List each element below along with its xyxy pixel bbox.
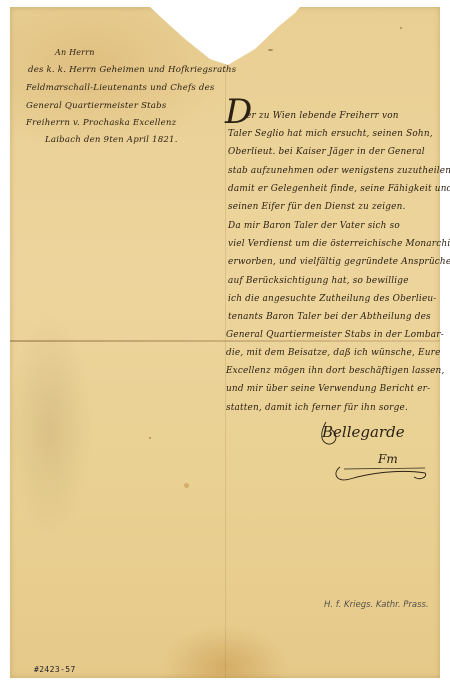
body-line: Da mir Baron Taler der Vater sich so xyxy=(228,217,400,235)
pencil-archival-note: H. f. Kriegs. Kathr. Prass. xyxy=(324,600,429,610)
body-line: Excellenz mögen ihn dort beschäftigen la… xyxy=(226,362,444,380)
ink-spot xyxy=(400,27,402,29)
inventory-number: #2423-57 xyxy=(34,665,76,674)
signature-flourish-icon xyxy=(330,455,430,485)
body-line: stab aufzunehmen oder wenigstens zuzuthe… xyxy=(228,162,450,180)
ink-spot xyxy=(268,49,273,51)
body-line: statten, damit ich ferner für ihn sorge. xyxy=(226,399,408,417)
body-line: Oberlieut. bei Kaiser Jäger in der Gener… xyxy=(228,143,425,161)
address-line: des k. k. Herrn Geheimen und Hofkriegsra… xyxy=(28,62,236,79)
address-line: Feldmarschall-Lieutenants und Chefs des xyxy=(26,80,215,97)
address-line: General Quartiermeister Stabs xyxy=(26,98,166,115)
body-line: auf Berücksichtigung hat, so bewillige xyxy=(228,272,409,290)
body-line: die, mit dem Beisatze, daß ich wünsche, … xyxy=(226,344,441,362)
body-line: ich die angesuchte Zutheilung des Oberli… xyxy=(228,290,437,308)
body-line: tenants Baron Taler bei der Abtheilung d… xyxy=(228,308,431,326)
ink-spot xyxy=(149,437,151,439)
stain-spot xyxy=(184,483,189,488)
address-salutation: An Herrn xyxy=(55,44,95,61)
body-line: erworben, und vielfältig gegründete Ansp… xyxy=(228,253,450,271)
signature-loop-icon xyxy=(318,418,358,448)
body-line: seinen Eifer für den Dienst zu zeigen. xyxy=(228,198,406,216)
body-line: er zu Wien lebende Freiherr von xyxy=(246,107,399,125)
body-line: damit er Gelegenheit finde, seine Fähigk… xyxy=(228,180,450,198)
date-line: Laibach den 9ten April 1821. xyxy=(45,132,178,149)
address-line: Freiherrn v. Prochaska Excellenz xyxy=(26,115,176,132)
body-line: Taler Seglio hat mich ersucht, seinen So… xyxy=(228,125,433,143)
body-line: viel Verdienst um die österreichische Mo… xyxy=(228,235,450,253)
body-line: General Quartiermeister Stabs in der Lom… xyxy=(226,326,444,344)
body-line: und mir über seine Verwendung Bericht er… xyxy=(226,380,430,398)
